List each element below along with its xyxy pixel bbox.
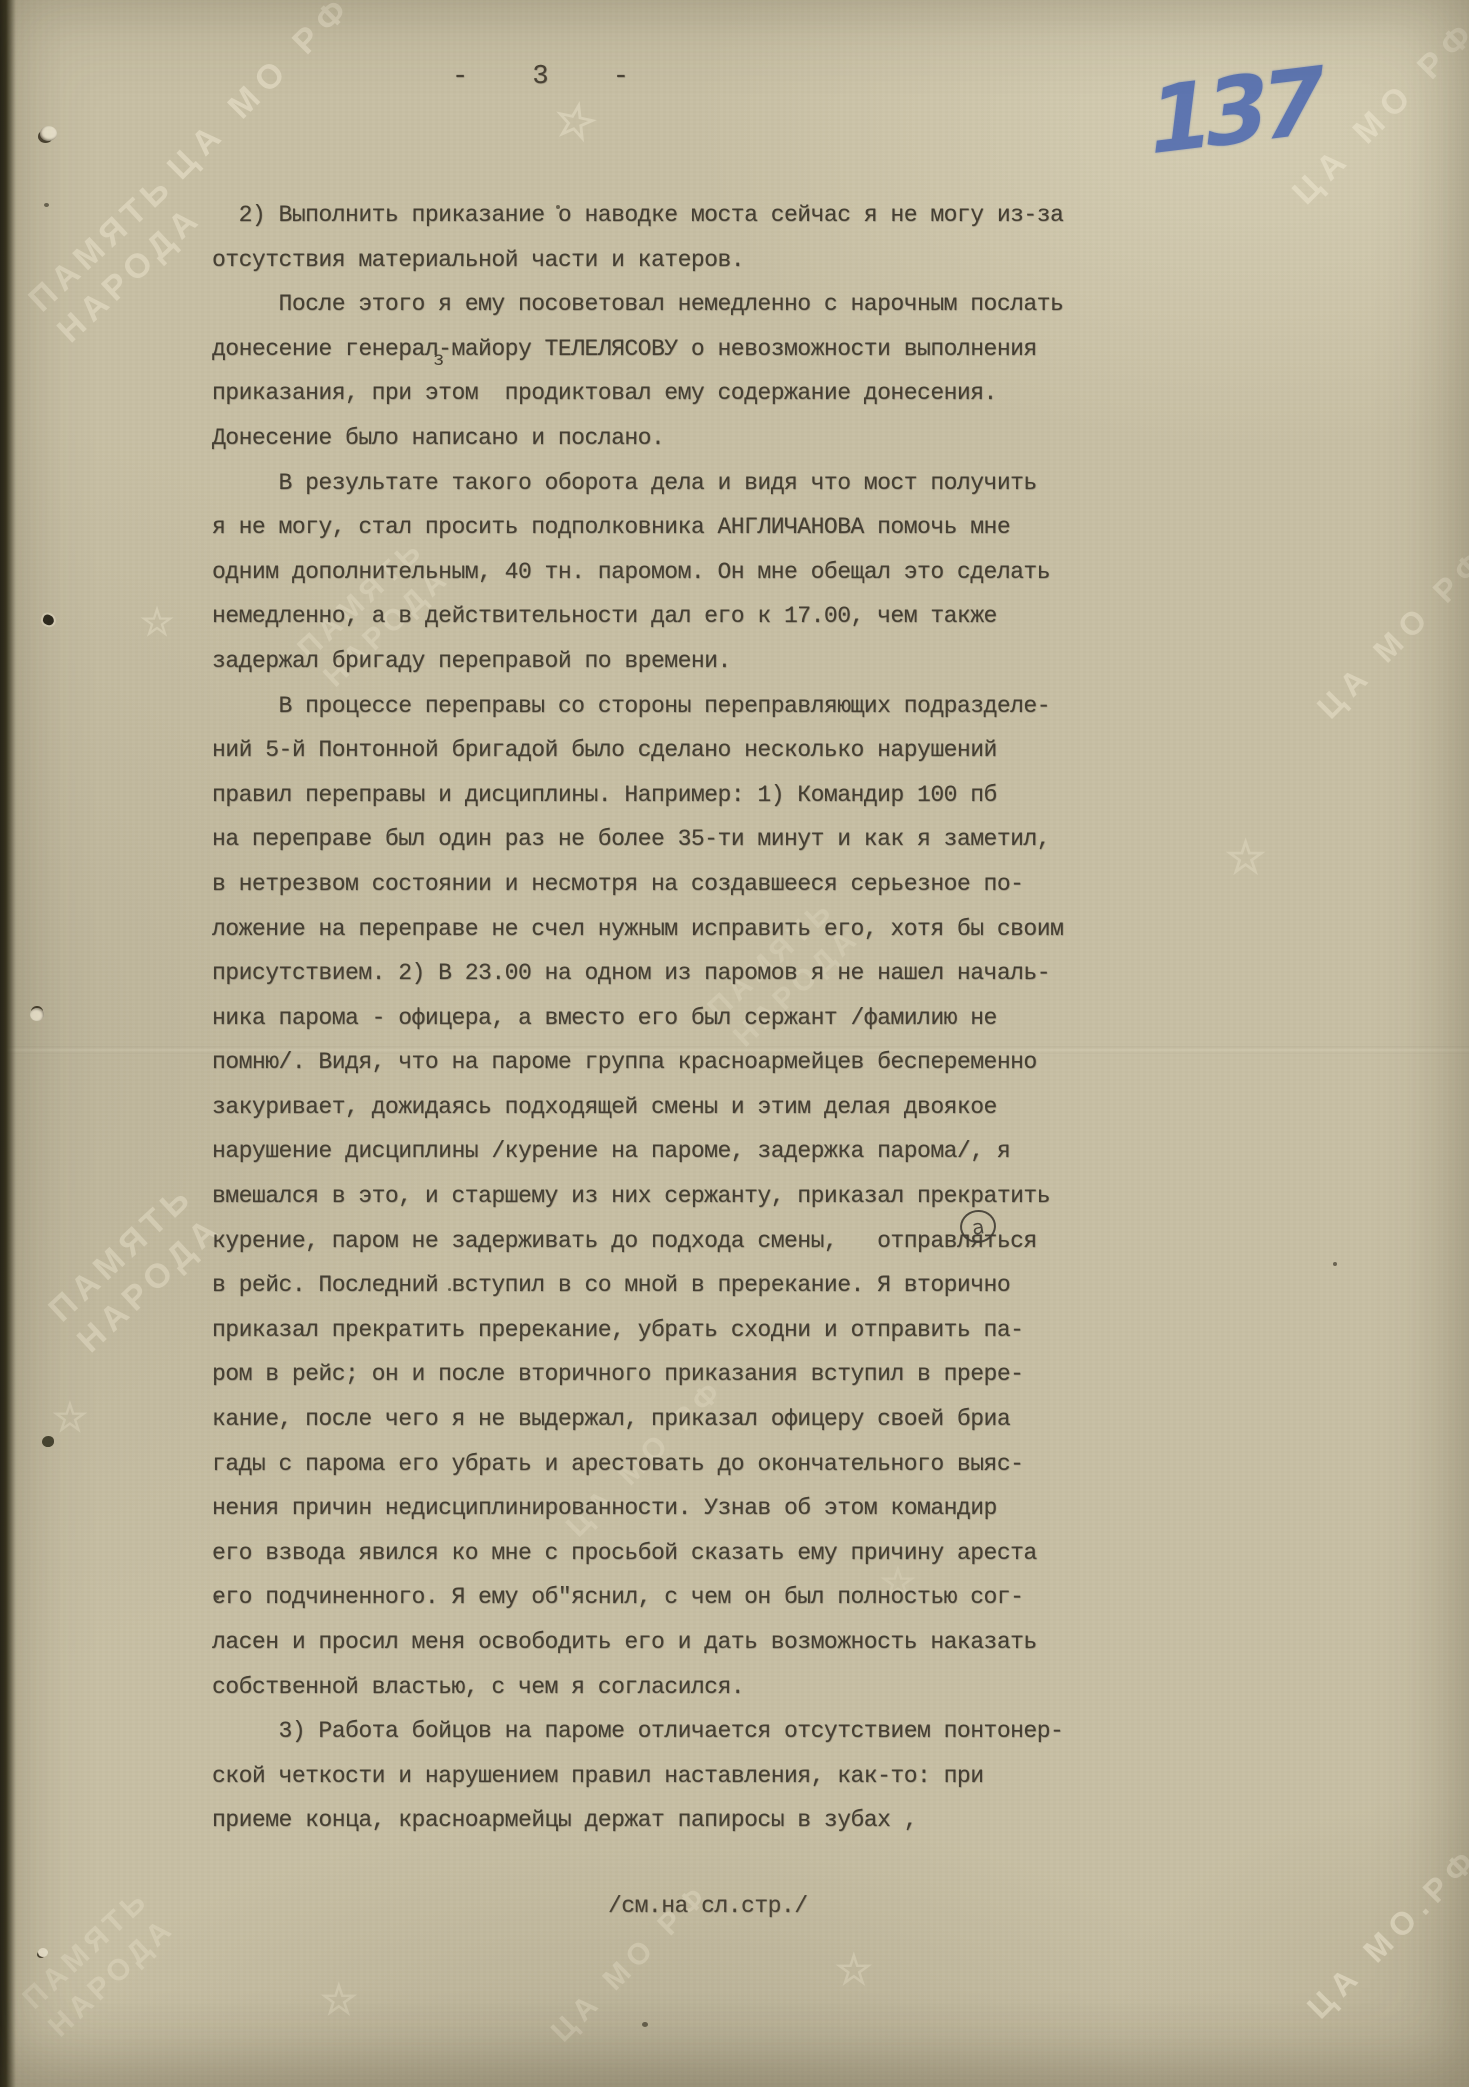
typed-line: приказания, при этом продиктовал ему сод… bbox=[212, 371, 1063, 416]
typed-line: приказал прекратить пререкание, убрать с… bbox=[212, 1308, 1063, 1353]
typed-line: ний 5-й Понтонной бригадой было сделано … bbox=[212, 728, 1063, 773]
ink-speck bbox=[44, 203, 49, 207]
typed-line: 2) Выполнить приказание о наводке моста … bbox=[212, 193, 1063, 238]
ink-speck bbox=[1333, 1262, 1337, 1266]
typed-line: приеме конца, красноармейцы держат папир… bbox=[212, 1798, 1063, 1843]
star-watermark-icon: ☆ bbox=[835, 1945, 873, 1994]
ink-speck bbox=[448, 1288, 451, 1291]
typed-line: нарушение дисциплины /курение на пароме,… bbox=[212, 1129, 1063, 1174]
typed-line: В результате такого оборота дела и видя … bbox=[212, 461, 1063, 506]
handwritten-sheet-number: 137 bbox=[1142, 46, 1325, 176]
typed-line: вмешался в это, и старшему из них сержан… bbox=[212, 1174, 1063, 1219]
star-watermark-icon: ☆ bbox=[140, 600, 174, 645]
archive-watermark: ЦА МО РФ bbox=[1310, 539, 1469, 726]
typed-line: ника парома - офицера, а вместо его был … bbox=[212, 996, 1063, 1041]
typed-line: присутствием. 2) В 23.00 на одном из пар… bbox=[212, 951, 1063, 996]
paper-hole bbox=[42, 1436, 54, 1447]
star-watermark-icon: ☆ bbox=[548, 90, 602, 154]
star-watermark-icon: ☆ bbox=[320, 1975, 358, 2024]
typed-line: задержал бригаду переправой по времени. bbox=[212, 639, 1063, 684]
scanned-document-page: ЦА МО РФ ЦА МО РФ ПАМЯТЬ НАРОДА ☆ ПАМЯТЬ… bbox=[0, 0, 1469, 2087]
ink-speck bbox=[642, 2022, 648, 2027]
archive-watermark: ЦА МО РФ bbox=[160, 0, 362, 188]
typed-line: одним дополнительным, 40 тн. паромом. Он… bbox=[212, 550, 1063, 595]
typed-superscript-correction: з bbox=[433, 349, 444, 371]
typed-line: немедленно, а в действительности дал его… bbox=[212, 594, 1063, 639]
typed-line: правил переправы и дисциплины. Например:… bbox=[212, 773, 1063, 818]
typed-line: ложение на переправе не счел нужным испр… bbox=[212, 907, 1063, 952]
typed-line: ской четкости и нарушением правил настав… bbox=[212, 1754, 1063, 1799]
paper-hole bbox=[42, 613, 56, 626]
typed-line: на переправе был один раз не более 35-ти… bbox=[212, 817, 1063, 862]
typed-line: гады с парома его убрать и арестовать до… bbox=[212, 1442, 1063, 1487]
typed-line: собственной властью, с чем я согласился. bbox=[212, 1665, 1063, 1710]
archive-watermark: ЦА МО.РФ bbox=[1300, 1839, 1469, 2026]
typed-line: закуривает, дожидаясь подходящей смены и… bbox=[212, 1085, 1063, 1130]
typed-line: ром в рейс; он и после вторичного приказ… bbox=[212, 1352, 1063, 1397]
page-number: - 3 - bbox=[452, 62, 653, 92]
typed-line: я не могу, стал просить подполковника АН… bbox=[212, 505, 1063, 550]
ink-speck bbox=[556, 205, 560, 209]
typed-line: нения причин недисциплинированности. Узн… bbox=[212, 1486, 1063, 1531]
typed-body: 2) Выполнить приказание о наводке моста … bbox=[212, 193, 1063, 1843]
star-watermark-icon: ☆ bbox=[1225, 830, 1266, 884]
typed-line: его подчиненного. Я ему об"яснил, с чем … bbox=[212, 1575, 1063, 1620]
typed-line: После этого я ему посоветовал немедленно… bbox=[212, 282, 1063, 327]
typed-line: курение, паром не задерживать до подхода… bbox=[212, 1219, 1063, 1264]
memory-naroda-watermark: ПАМЯТЬ НАРОДА bbox=[40, 1175, 231, 1361]
paper-hole bbox=[40, 126, 57, 141]
star-watermark-icon: ☆ bbox=[52, 1395, 88, 1441]
paper-hole bbox=[38, 1948, 48, 1957]
paper-hole bbox=[30, 1008, 44, 1021]
typed-line: отсутствия материальной части и катеров. bbox=[212, 238, 1063, 283]
memory-naroda-watermark: ПАМЯТЬ НАРОДА bbox=[15, 1881, 184, 2045]
typed-line: в рейс. Последний вступил в со мной в пр… bbox=[212, 1263, 1063, 1308]
typed-line: донесение генерал-майору ТЕЛЕЛЯСОВУ о не… bbox=[212, 327, 1063, 372]
typed-line: кание, после чего я не выдержал, приказа… bbox=[212, 1397, 1063, 1442]
typed-line: В процессе переправы со стороны переправ… bbox=[212, 684, 1063, 729]
continuation-note: /см.на сл.стр./ bbox=[608, 1893, 808, 1919]
typed-line: 3) Работа бойцов на пароме отличается от… bbox=[212, 1709, 1063, 1754]
ink-speck bbox=[216, 1597, 219, 1600]
memory-narodа-watermark: ПАМЯТЬ НАРОДА bbox=[20, 165, 211, 351]
typed-line: Донесение было написано и послано. bbox=[212, 416, 1063, 461]
typed-line: его взвода явился ко мне с просьбой сказ… bbox=[212, 1531, 1063, 1576]
typed-line: в нетрезвом состоянии и несмотря на созд… bbox=[212, 862, 1063, 907]
typed-line: помню/. Видя, что на пароме группа красн… bbox=[212, 1040, 1063, 1085]
scan-edge-shadow bbox=[0, 0, 18, 2087]
typed-line: ласен и просил меня освободить его и дат… bbox=[212, 1620, 1063, 1665]
